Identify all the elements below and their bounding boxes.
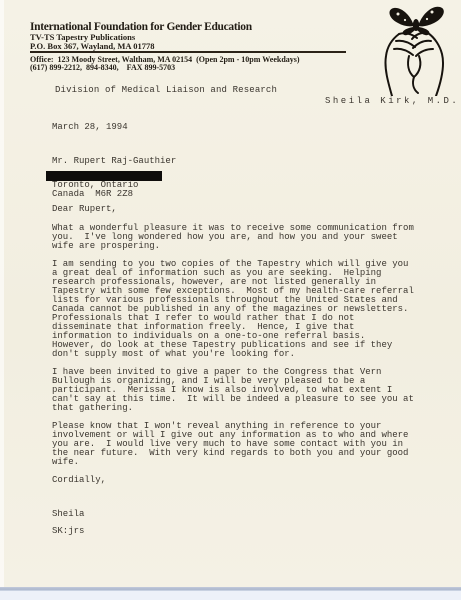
typist-initials: SK:jrs	[52, 527, 84, 536]
page-left-edge	[0, 0, 4, 587]
scan-bottom-edge	[0, 587, 461, 591]
body-paragraph: I am sending to you two copies of the Ta…	[52, 260, 442, 359]
body-paragraph: Please know that I won't reveal anything…	[52, 422, 442, 467]
letter-body: What a wonderful pleasure it was to rece…	[52, 224, 442, 494]
letter-date: March 28, 1994	[52, 123, 128, 132]
body-paragraph: What a wonderful pleasure it was to rece…	[52, 224, 442, 251]
signature-name: Sheila	[52, 510, 84, 519]
signatory-name: Sheila Kirk, M.D.	[325, 97, 459, 106]
recipient-country: Canada M6R 2Z8	[52, 190, 133, 199]
recipient-name: Mr. Rupert Raj-Gauthier	[52, 157, 176, 166]
hands-butterfly-logo-icon	[372, 4, 456, 96]
letter-page: International Foundation for Gender Educ…	[0, 0, 461, 600]
letterhead-rule	[30, 51, 346, 53]
closing-line: Cordially,	[52, 476, 442, 485]
body-paragraph: I have been invited to give a paper to t…	[52, 368, 442, 413]
office-phone-line: (617) 899-2212, 894-8340, FAX 899-5703	[30, 63, 175, 72]
org-address-line: P.O. Box 367, Wayland, MA 01778	[30, 41, 154, 51]
salutation: Dear Rupert,	[52, 205, 117, 214]
division-line: Division of Medical Liaison and Research	[55, 86, 277, 95]
